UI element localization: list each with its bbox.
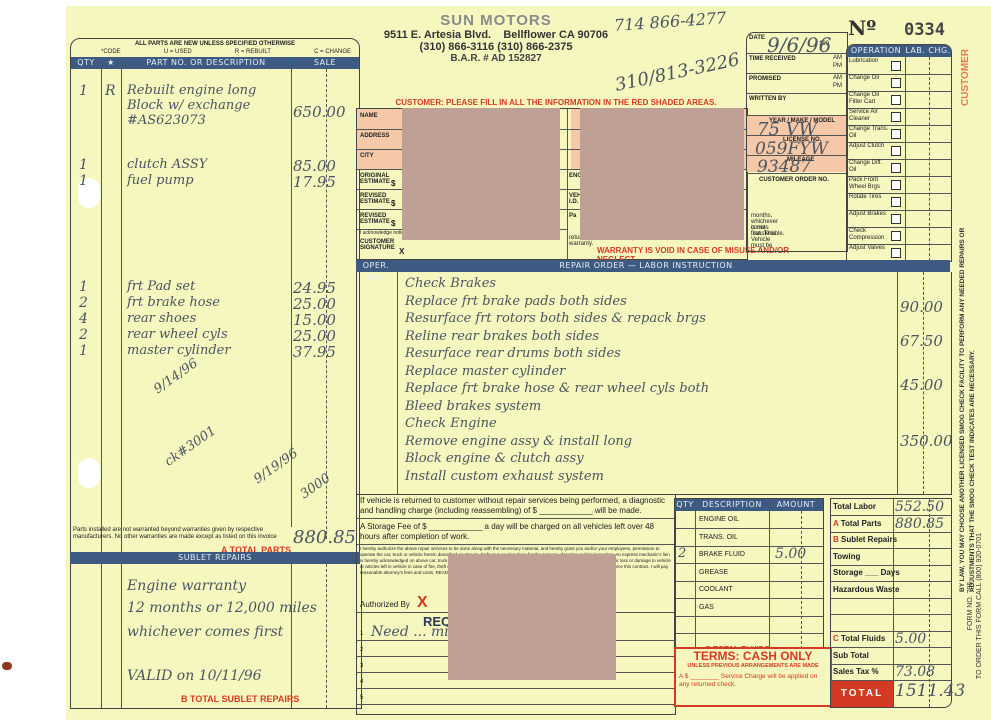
order-form-info: TO ORDER THIS FORM CALL (800) 920-0701 bbox=[975, 506, 984, 706]
original-estimate-label: ORIGINAL ESTIMATE bbox=[360, 173, 390, 185]
fluids-table: QTY DESCRIPTION AMOUNT ENGINE OILTRANS. … bbox=[674, 498, 824, 670]
recommendation-line-number: 3 bbox=[360, 663, 363, 669]
bar-number: B.A.R. # AD 152827 bbox=[366, 53, 626, 64]
operation-label: Adjust Brakes bbox=[849, 211, 889, 218]
revised-estimate-label: REVISED ESTIMATE bbox=[360, 193, 390, 205]
parts-header: QTY ★ PART NO. OR DESCRIPTION SALE bbox=[71, 57, 359, 69]
operation-checkbox[interactable] bbox=[891, 231, 901, 241]
payment-annotation: 9/14/96 bbox=[151, 356, 201, 397]
labor-charge: 90.00 bbox=[900, 298, 943, 316]
redacted-region bbox=[580, 108, 744, 240]
fluid-description: GREASE bbox=[699, 569, 728, 576]
company-name: SUN MOTORS bbox=[366, 12, 626, 29]
labor-line: Resurface rear drums both sides bbox=[405, 346, 875, 361]
labor-line: Replace master cylinder bbox=[405, 364, 875, 379]
storage-fee-text: A Storage Fee of $ ____________ a day wi… bbox=[360, 522, 672, 542]
operation-checkbox[interactable] bbox=[891, 197, 901, 207]
form-number: FORM NO. 795 bbox=[966, 506, 975, 706]
sublet-note: whichever comes first bbox=[127, 624, 283, 640]
part-description: clutch ASSY bbox=[127, 157, 292, 172]
recommendation-line-number: 5 bbox=[360, 695, 363, 701]
handwritten-phone: 310/813-3226 bbox=[613, 49, 741, 96]
part-description: rear shoes bbox=[127, 311, 292, 326]
part-qty: 2 bbox=[79, 295, 88, 311]
customer-banner: CUSTOMER: PLEASE FILL IN ALL THE INFORMA… bbox=[366, 98, 746, 107]
operation-label: Service Air Cleaner bbox=[849, 109, 889, 123]
totals-row-label: Storage ___ Days bbox=[833, 568, 893, 577]
shop-header: SUN MOTORS 9511 E. Artesia Blvd. Bellflo… bbox=[366, 12, 626, 64]
parts-row: 1master cylinder37.95 bbox=[71, 343, 359, 359]
operation-service-air-cleaner[interactable]: Service Air Cleaner bbox=[847, 108, 951, 126]
payment-annotation: 3000 bbox=[298, 471, 334, 502]
labor-line: Replace frt brake hose & rear wheel cyls… bbox=[405, 381, 875, 396]
part-qty: 1 bbox=[79, 279, 88, 295]
operation-checkbox[interactable] bbox=[891, 78, 901, 88]
shop-address: 9511 E. Artesia Blvd. Bellflower CA 9070… bbox=[366, 29, 626, 41]
labor-section: Check BrakesReplace frt brake pads both … bbox=[356, 272, 952, 495]
labor-header: OPER. NO. REPAIR ORDER — LABOR INSTRUCTI… bbox=[356, 260, 950, 272]
fluid-description: ENGINE OIL bbox=[699, 516, 739, 523]
sublet-header: SUBLET REPAIRS bbox=[70, 552, 360, 564]
operation-label: Pack Front Wheel Brgs bbox=[849, 177, 889, 191]
operation-label: Lubrication bbox=[849, 58, 889, 65]
labor-line: Bleed brakes system bbox=[405, 399, 875, 414]
recommendation-line-number: 1 bbox=[360, 631, 363, 637]
part-sale: 37.95 bbox=[293, 343, 336, 361]
labor-line: Remove engine assy & install long bbox=[405, 434, 875, 449]
handwritten-phone: 714 866-4277 bbox=[613, 8, 726, 35]
operation-change-trans-oil[interactable]: Change Trans. Oil bbox=[847, 125, 951, 143]
operation-label: Adjust Valves bbox=[849, 245, 889, 252]
labor-charge: 67.50 bbox=[900, 332, 943, 350]
fluid-description: BRAKE FLUID bbox=[699, 551, 745, 558]
part-description: Rebuilt engine long Block w/ exchange #A… bbox=[127, 83, 292, 128]
copy-label: CUSTOMER bbox=[960, 49, 971, 106]
sublet-note: Engine warranty bbox=[127, 578, 246, 594]
operation-lubrication[interactable]: Lubrication bbox=[847, 57, 951, 75]
grand-total-label: TOTAL bbox=[831, 681, 893, 707]
part-qty: 1 bbox=[79, 83, 88, 99]
part-qty: 1 bbox=[79, 343, 88, 359]
labor-charge: 45.00 bbox=[900, 376, 943, 394]
operation-checkbox[interactable] bbox=[891, 214, 901, 224]
part-qty: 4 bbox=[79, 311, 88, 327]
operation-label: Rotate Tires bbox=[849, 194, 889, 201]
fluid-description: TRANS. OIL bbox=[699, 534, 738, 541]
grand-total-value: 1511.43 bbox=[895, 681, 965, 701]
sublet-section: Engine warranty 12 months or 12,000 mile… bbox=[70, 564, 362, 709]
recommendation-line-number: 2 bbox=[360, 647, 363, 653]
parts-section: ALL PARTS ARE NEW UNLESS SPECIFIED OTHER… bbox=[70, 38, 360, 558]
operation-label: Change Oil bbox=[849, 75, 889, 82]
operation-checkbox[interactable] bbox=[891, 129, 901, 139]
labor-line: Check Brakes bbox=[405, 276, 875, 291]
parts-codes: *CODE U = USED R = REBUILT C = CHANGE bbox=[101, 49, 351, 55]
sublet-note: 12 months or 12,000 miles bbox=[127, 600, 317, 616]
operation-pack-front-wheel-brgs[interactable]: Pack Front Wheel Brgs bbox=[847, 176, 951, 194]
repair-order-invoice: SUN MOTORS 9511 E. Artesia Blvd. Bellflo… bbox=[66, 6, 991, 720]
vehicle-block: DATE 199 9/6/96 TIME RECEIVED AM PM PROM… bbox=[746, 32, 848, 252]
invoice-number: 0334 bbox=[904, 20, 945, 40]
totals-row-label: A Total Parts bbox=[833, 519, 893, 528]
operation-change-oil-filter-cart[interactable]: Change Oil Filter Cart bbox=[847, 91, 951, 109]
parts-row: 1frt Pad set24.95 bbox=[71, 279, 359, 295]
totals-row-value: 5.00 bbox=[895, 631, 926, 647]
totals-table: Total Labor552.50A Total Parts880.85B Su… bbox=[830, 498, 952, 708]
part-description: frt Pad set bbox=[127, 279, 292, 294]
fluid-description: GAS bbox=[699, 604, 714, 611]
sublet-note: VALID on 10/11/96 bbox=[127, 668, 262, 684]
fluid-description: COOLANT bbox=[699, 586, 733, 593]
part-description: rear wheel cyls bbox=[127, 327, 292, 342]
part-qty: 2 bbox=[79, 327, 88, 343]
fluid-amount: 5.00 bbox=[775, 546, 806, 562]
totals-row-label: Sub Total bbox=[833, 651, 893, 660]
operation-checkbox[interactable] bbox=[891, 112, 901, 122]
part-description: frt brake hose bbox=[127, 295, 292, 310]
operation-change-diff-oil[interactable]: Change Diff. Oil bbox=[847, 159, 951, 177]
parts-row: 1fuel pump17.95 bbox=[71, 173, 359, 189]
parts-row: 2frt brake hose25.00 bbox=[71, 295, 359, 311]
redacted-region bbox=[448, 554, 616, 680]
operation-checkbox[interactable] bbox=[891, 146, 901, 156]
redacted-region bbox=[402, 108, 560, 240]
part-description: fuel pump bbox=[127, 173, 292, 188]
operations-table: OPERATION LAB. CHG. LubricationChange Oi… bbox=[846, 44, 952, 262]
totals-row-label: Total Labor bbox=[833, 502, 893, 511]
mileage-value[interactable]: 93487 bbox=[757, 157, 811, 177]
part-qty: 1 bbox=[79, 173, 88, 189]
operation-label: Change Oil Filter Cart bbox=[849, 92, 889, 106]
totals-row-value: 880.85 bbox=[895, 516, 944, 532]
parts-notice: ALL PARTS ARE NEW UNLESS SPECIFIED OTHER… bbox=[71, 41, 359, 47]
part-description: master cylinder bbox=[127, 343, 292, 358]
license-value[interactable]: 059FYW bbox=[755, 139, 828, 159]
labor-charge: 350.00 bbox=[900, 432, 953, 450]
totals-row-value: 552.50 bbox=[895, 499, 944, 515]
shop-phones: (310) 866-3116 (310) 866-2375 bbox=[366, 41, 626, 53]
operation-rotate-tires[interactable]: Rotate Tires bbox=[847, 193, 951, 211]
parts-row: 2rear wheel cyls25.00 bbox=[71, 327, 359, 343]
operation-check-compression[interactable]: Check Compression bbox=[847, 227, 951, 245]
labor-line: Block engine & clutch assy bbox=[405, 451, 875, 466]
operation-checkbox[interactable] bbox=[891, 61, 901, 71]
total-parts-value: 880.85 bbox=[293, 527, 356, 548]
parts-warranty-note: Parts installed are not warranted beyond… bbox=[73, 527, 283, 541]
operation-label: Change Diff. Oil bbox=[849, 160, 889, 174]
field-label-city: CITY bbox=[360, 153, 374, 159]
operation-checkbox[interactable] bbox=[891, 95, 901, 105]
totals-row-label: Towing bbox=[833, 552, 893, 561]
totals-row-label: Sales Tax % bbox=[833, 667, 893, 676]
labor-line: Reline rear brakes both sides bbox=[405, 329, 875, 344]
parts-row: 1RRebuilt engine long Block w/ exchange … bbox=[71, 83, 359, 99]
revised-estimate-label: REVISED ESTIMATE bbox=[360, 213, 390, 225]
labor-line: Install custom exhaust system bbox=[405, 469, 875, 484]
totals-row-label: B Sublet Repairs bbox=[833, 535, 893, 544]
operation-label: Change Trans. Oil bbox=[849, 126, 889, 140]
operation-checkbox[interactable] bbox=[891, 163, 901, 173]
operation-label: Adjust Clutch bbox=[849, 143, 889, 150]
signature-label: CUSTOMER SIGNATURE bbox=[360, 239, 396, 251]
operation-change-oil[interactable]: Change Oil bbox=[847, 74, 951, 92]
operation-label: Check Compression bbox=[849, 228, 889, 242]
authorized-signature-field[interactable]: X bbox=[417, 594, 428, 612]
returned-check-notice: A $ ________ Service Charge will be appl… bbox=[676, 669, 830, 689]
field-label-name: NAME bbox=[360, 113, 378, 119]
signature-field[interactable]: X bbox=[399, 247, 404, 256]
totals-row-value: 73.08 bbox=[895, 664, 935, 680]
number-symbol: Nº bbox=[848, 16, 876, 40]
labor-line: Resurface frt rotors both sides & repack… bbox=[405, 311, 875, 326]
operation-adjust-clutch[interactable]: Adjust Clutch bbox=[847, 142, 951, 160]
terms-cash-only: TERMS: CASH ONLY bbox=[676, 649, 830, 663]
authorized-by-label: Authorized By bbox=[360, 600, 410, 609]
labor-line: Replace frt brake pads both sides bbox=[405, 294, 875, 309]
recommendation-line-number: 4 bbox=[360, 679, 363, 685]
part-sale: 17.95 bbox=[293, 173, 336, 191]
field-label-address: ADDRESS bbox=[360, 133, 389, 139]
parts-row: 1clutch ASSY85.00 bbox=[71, 157, 359, 173]
diagnostic-charge-text: If vehicle is returned to customer witho… bbox=[360, 496, 672, 516]
payment-annotation: ck#3001 bbox=[162, 423, 219, 469]
labor-line: Check Engine bbox=[405, 416, 875, 431]
operation-checkbox[interactable] bbox=[891, 180, 901, 190]
part-sale: 650.00 bbox=[293, 103, 346, 121]
operation-checkbox[interactable] bbox=[891, 248, 901, 258]
parts-row: 4rear shoes15.00 bbox=[71, 311, 359, 327]
payment-terms-box: TERMS: CASH ONLY UNLESS PREVIOUS ARRANGE… bbox=[674, 647, 832, 707]
fluid-qty: 2 bbox=[678, 546, 686, 561]
totals-row-label: Hazardous Waste bbox=[833, 585, 893, 594]
part-qty: 1 bbox=[79, 157, 88, 173]
stain-mark bbox=[2, 662, 12, 670]
part-code: R bbox=[105, 83, 116, 99]
totals-row-label: C Total Fluids bbox=[833, 634, 893, 643]
operation-adjust-brakes[interactable]: Adjust Brakes bbox=[847, 210, 951, 228]
sublet-total-label: B TOTAL SUBLET REPAIRS bbox=[181, 694, 299, 704]
payment-annotation: 9/19/96 bbox=[251, 446, 301, 487]
